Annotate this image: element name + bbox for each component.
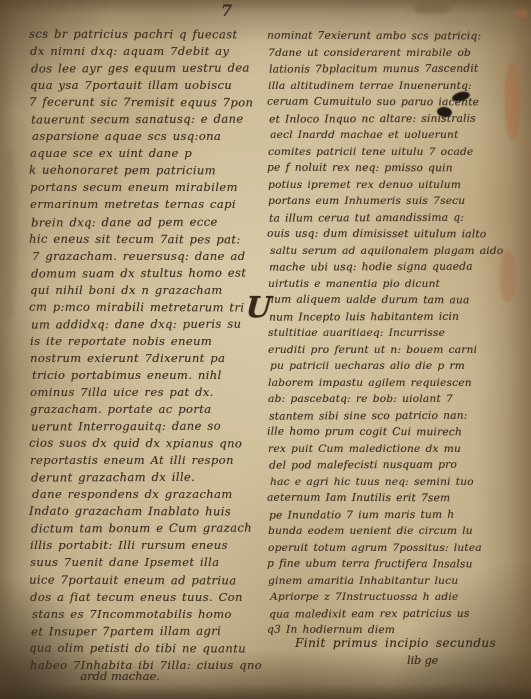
manuscript-text-line: uirtutis e manentia pio dicunt (268, 276, 514, 293)
manuscript-text-line: et Inloco Inquo nc altare: sinistralis (269, 110, 515, 128)
manuscript-text-line: potius ipremet rex denuo uitulum (268, 177, 514, 194)
manuscript-text-line: portans eum Inhumeris suis 7secu (268, 193, 514, 210)
left-text-column: scs br patricius pachri q fuecastdx nimn… (30, 26, 248, 674)
manuscript-text-line: 7 fecerunt sic 7remisit equus 7pon (29, 94, 247, 112)
manuscript-text-line: mache ubi usq: hodie signa quaeda (269, 258, 515, 276)
manuscript-text-line: aquae sce ex uint dane p (30, 145, 248, 162)
manuscript-text-line: qui nihil boni dx n grazacham (30, 282, 248, 299)
manuscript-text-line: num aliquem ualde durum tam aua (267, 292, 513, 309)
manuscript-text-line: asparsione aquae scs usq:ona (32, 128, 250, 145)
manuscript-text-line: ille homo prum cogit Cui muirech (267, 424, 513, 441)
faded-ink-smudge (414, 2, 450, 14)
manuscript-text-line: illa altitudinem terrae Inueneruntq: (268, 78, 514, 95)
manuscript-text-line: laborem impastu agilem requiescen (268, 375, 514, 392)
manuscript-text-line: dos a fiat tecum eneus tuus. Con (30, 589, 248, 606)
manuscript-text-line: et Insuper 7partem illam agri (31, 622, 249, 640)
manuscript-text-line: qua ysa 7portauit illam uobiscu (30, 77, 248, 94)
manuscript-text-line: lationis 7bplacitum munus 7ascendit (269, 60, 515, 78)
explicit-rubric-line: Finit primus incipio secundus (295, 636, 496, 650)
manuscript-text-line: uerunt Interrogauitq: dane so (31, 418, 249, 436)
manuscript-text-line: illis portabit: Illi rursum eneus (30, 537, 248, 554)
manuscript-text-line: ginem amaritia Inhabitantur lucu (268, 573, 514, 590)
manuscript-text-line: stans es 7Incommotabilis homo (32, 606, 250, 623)
manuscript-text-line: dx nimni dxq: aquam 7debit ay (30, 43, 248, 60)
manuscript-text-line: um addidxq: dane dxq: pueris su (31, 315, 249, 333)
manuscript-text-line: uice 7portauit eneum ad patriua (29, 571, 247, 589)
manuscript-text-line: domum suam dx stultus homo est (31, 264, 249, 282)
manuscript-text-line: aecl Inardd machae et uoluerunt (270, 127, 516, 144)
manuscript-text-line: scs br patricius pachri q fuecast (29, 26, 247, 44)
manuscript-text-line: qua maledixit eam rex patricius us (269, 605, 515, 623)
manuscript-text-line: brein dxq: dane ad pem ecce (31, 213, 249, 231)
manuscript-text-line: ominus 7illa uice res pat dx. (30, 384, 248, 401)
manuscript-text-line: Indato grazacham Inablato huis (29, 503, 247, 521)
manuscript-text-line: ermarinum metretas ternas capi (30, 196, 248, 213)
manuscript-text-line: nostrum exierunt 7dixerunt pa (30, 350, 248, 367)
manuscript-text-line: cm p:mco mirabili metretarum tri (29, 298, 247, 316)
manuscript-text-line: k uehonoraret pem patricium (29, 162, 247, 180)
manuscript-text-line: ta illum cerua tut amandissima q: (269, 209, 515, 227)
manuscript-text-line: derunt grazacham dx ille. (31, 469, 249, 487)
manuscript-text-line: num Incepto luis habitantem icin (269, 308, 515, 326)
manuscript-text-line: 7 grazacham. reuersusq: dane ad (32, 248, 250, 265)
manuscript-text-line: qua olim petisti do tibi ne quantu (29, 639, 247, 657)
manuscript-text-line: nominat 7exierunt ambo scs patriciq: (267, 28, 513, 45)
manuscript-text-line: suus 7uenit dane Ipsemet illa (30, 554, 248, 571)
manuscript-text-line: hic eneus sit tecum 7ait pes pat: (29, 230, 247, 248)
manuscript-text-line: dos lee ayr ges equum uestru dea (31, 60, 249, 78)
manuscript-text-line: ceruam Cumuitulo suo paruo iacente (267, 94, 513, 111)
manuscript-text-line: ab: pascebatq: re bob: uiolant 7 (268, 391, 514, 408)
manuscript-text-line: operuit totum agrum 7possitus: lutea (268, 540, 514, 557)
manuscript-text-line: stultitiae auaritiaeq: Incurrisse (268, 325, 514, 342)
manuscript-text-line: dictum tam bonum e Cum grazach (31, 520, 249, 538)
folio-number: 7 (219, 1, 233, 20)
manuscript-text-line: pu patricii uecharas alio die p rm (270, 358, 516, 375)
manuscript-text-line: del pod malefecisti nusquam pro (269, 456, 515, 474)
manuscript-text-line: grazacham. portate ac porta (30, 401, 248, 418)
manuscript-text-line: pe f noluit rex neq: pmisso quin (267, 160, 513, 177)
manuscript-text-line: p fine ubum terra fructifera Insalsu (267, 556, 513, 573)
manuscript-text-line: stantem sibi sine sco patricio nan: (269, 407, 515, 425)
manuscript-text-line: aeternum Iam Inutilis erit 7sem (267, 490, 513, 507)
manuscript-page-photo: 7 scs br patricius pachri q fuecastdx ni… (0, 0, 531, 699)
manuscript-text-line: portans secum eneum mirabilem (30, 179, 248, 196)
decorated-initial-U: U (245, 290, 267, 324)
show-through-smudge (1, 150, 17, 320)
right-text-column: nominat 7exierunt ambo scs patriciq:7dan… (268, 28, 514, 639)
manuscript-text-line: saltu serum ad aquilonalem plagam aido (270, 243, 516, 260)
manuscript-text-line: tricio portabimus eneum. nihl (32, 367, 250, 384)
manuscript-text-line: cios suos dx quid dx xpianus qno (29, 435, 247, 453)
manuscript-text-line: reportastis eneum At illi respon (30, 452, 248, 469)
manuscript-text-line: dane respondens dx grazacham (32, 486, 250, 503)
manuscript-text-line: hac e agri hic tuus neq: semini tuo (270, 474, 516, 491)
manuscript-text-line: pe Inundatio 7 ium maris tum h (269, 506, 515, 524)
manuscript-text-line: eruditi pro ferunt ut n: bouem carni (268, 342, 514, 359)
manuscript-text-line: tauerunt secum sanatusq: e dane (31, 111, 249, 129)
left-column-closing-line: ardd machae. (8, 669, 232, 683)
red-margin-stain (514, 8, 528, 18)
manuscript-text-line: ouis usq: dum dimisisset uitulum ialto (267, 226, 513, 243)
manuscript-text-line: is ite reportate nobis eneum (30, 333, 248, 350)
explicit-rubric-subline: lib ge (407, 654, 438, 667)
manuscript-text-line: comites patricii tene uitulu 7 ocade (268, 144, 514, 161)
manuscript-text-line: bunda eodem uenient die circum lu (268, 523, 514, 540)
manuscript-text-line: rex puit Cum maledictione dx mu (268, 441, 514, 458)
manuscript-text-line: 7dane ut considerarent mirabile ob (268, 45, 514, 62)
manuscript-text-line: Apriorpe z 7Instructuossa h adie (270, 589, 516, 606)
